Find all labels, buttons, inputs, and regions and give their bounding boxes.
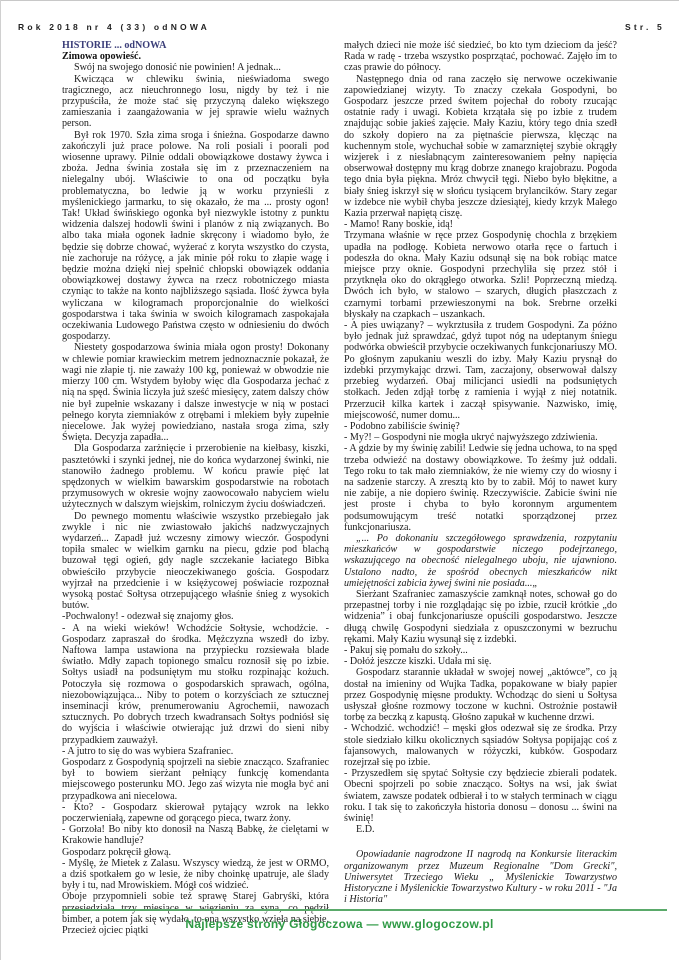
dialogue-line: - My?! – Gospodyni nie mogła ukryć najwy… bbox=[344, 432, 617, 443]
paragraph: Dla Gospodarza zarżnięcie i przerobienie… bbox=[62, 443, 329, 510]
paragraph: Gospodarz z Gospodynią spojrzeli na sieb… bbox=[62, 757, 329, 802]
dialogue-line: - Przyszedłem się spytać Sołtysie czy bę… bbox=[344, 768, 617, 824]
paragraph: Kwicząca w chlewiku świnia, nieświadoma … bbox=[62, 74, 329, 130]
spacer bbox=[344, 835, 617, 849]
page-number: Str. 5 bbox=[625, 22, 665, 32]
dialogue-line: - Gorzoła! Bo niby kto donosił na Naszą … bbox=[62, 824, 329, 846]
article-title: Zimowa opowieść. bbox=[62, 51, 329, 62]
dialogue-line: - Mamo! Rany boskie, idą! bbox=[344, 219, 617, 230]
paragraph: Niestety gospodarzowa świnia miała ogon … bbox=[62, 342, 329, 443]
author-signature: E.D. bbox=[344, 824, 617, 835]
page-border-top bbox=[0, 0, 679, 1]
paragraph: Gospodarz starannie układał w swojej now… bbox=[344, 667, 617, 723]
article-column-left: HISTORIE ... odNOWA Zimowa opowieść. Swó… bbox=[62, 40, 329, 936]
dialogue-line: - Kto? - Gospodarz skierował pytający wz… bbox=[62, 802, 329, 824]
dialogue-line: - Pakuj się pomału do szkoły... bbox=[344, 645, 617, 656]
paragraph: Swój na swojego donosić nie powinien! A … bbox=[62, 62, 329, 73]
award-note: Opowiadanie nagrodzone II nagrodą na Kon… bbox=[344, 849, 617, 905]
footer-tagline: Najlepsze strony Głogoczowa — www.glogoc… bbox=[0, 917, 679, 931]
issue-label: Rok 2018 nr 4 (33) odNOWA bbox=[18, 22, 210, 32]
dialogue-line: - A pies uwiązany? – wykrztusiła z trude… bbox=[344, 320, 617, 421]
article-column-right: małych dzieci nie może iść siedzieć, bo … bbox=[344, 40, 617, 905]
dialogue-line: - Wchodzić. wchodzić! – męski głos odezw… bbox=[344, 723, 617, 768]
paragraph: Był rok 1970. Szła zima sroga i śnieżna.… bbox=[62, 130, 329, 343]
footer-divider bbox=[62, 909, 667, 911]
section-heading: HISTORIE ... odNOWA bbox=[62, 40, 329, 51]
paragraph: Gospodarz pokręcił głową. bbox=[62, 847, 329, 858]
dialogue-line: - A na wieki wieków! Wchodźcie Sołtysie,… bbox=[62, 623, 329, 746]
page-header: Rok 2018 nr 4 (33) odNOWA Str. 5 bbox=[18, 22, 665, 36]
page-border-left bbox=[0, 0, 1, 960]
paragraph: Następnego dnia od rana zaczęło się nerw… bbox=[344, 74, 617, 220]
police-report-quote: „... Po dokonaniu szczegółowego sprawdze… bbox=[344, 533, 617, 589]
dialogue-line: - Dołóż jeszcze kiszki. Udała mi się. bbox=[344, 656, 617, 667]
dialogue-line: - A gdzie by my świnię zabili! Ledwie si… bbox=[344, 443, 617, 533]
dialogue-line: - A jutro to się do was wybiera Szafrani… bbox=[62, 746, 329, 757]
paragraph: Sierżant Szafraniec zamaszyście zamknął … bbox=[344, 589, 617, 645]
dialogue-line: - Podobno zabiliście świnię? bbox=[344, 421, 617, 432]
paragraph: Do pewnego momentu właściwie wszystko pr… bbox=[62, 511, 329, 612]
dialogue-line: -Pochwalony! - odezwał się znajomy głos. bbox=[62, 611, 329, 622]
paragraph: Trzymana właśnie w ręce przez Gospodynię… bbox=[344, 230, 617, 320]
dialogue-line: - Myślę, że Mietek z Zalasu. Wszyscy wie… bbox=[62, 858, 329, 892]
paragraph: małych dzieci nie może iść siedzieć, bo … bbox=[344, 40, 617, 74]
